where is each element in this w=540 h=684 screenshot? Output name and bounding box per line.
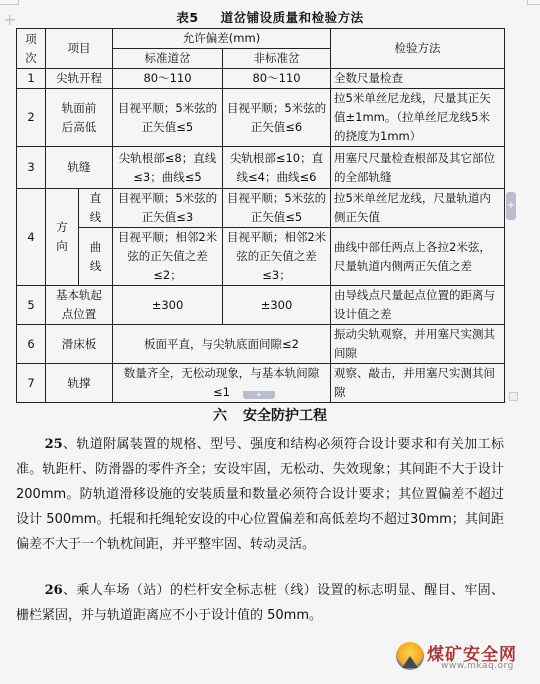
cell-standard: 目视平顺；相邻2米弦的正矢值之差≤2； — [113, 228, 223, 286]
table-row: 3 轨缝 尖轨根部≤8；直线≤3；曲线≤5 尖轨根部≤10；直线≤4；曲线≤6 … — [17, 147, 505, 189]
table-row: 1 尖轨开程 80～110 80～110 全数尺量检查 — [17, 69, 505, 89]
watermark-url: www.mkaq.org — [441, 661, 514, 671]
cell-standard: 目视平顺；5米弦的正矢值≤5 — [113, 89, 223, 147]
section-title: 安全防护工程 — [243, 408, 327, 424]
cell-merged-tolerance: 数量齐全，无松动现象，与基本轨间隙≤1 — [113, 364, 331, 403]
table-row: 5 基本轨起点位置 ±300 ±300 由导线点尺量起点位置的距离与设计值之差 — [17, 286, 505, 325]
insert-row-handle-icon[interactable]: + — [243, 391, 275, 399]
paragraph-25: 25、轨道附属装置的规格、型号、强度和结构必须符合设计要求和有关加工标准。轨距杆… — [16, 432, 504, 557]
page-corner-mark-right — [527, 0, 540, 5]
section-number: 六 — [213, 408, 227, 424]
cell-item: 基本轨起点位置 — [46, 286, 113, 325]
cell-item: 滑床板 — [46, 325, 113, 364]
cell-nonstandard: 尖轨根部≤10；直线≤4；曲线≤6 — [223, 147, 331, 189]
cell-standard: 80～110 — [113, 69, 223, 89]
cell-method: 观察、敲击，并用塞尺实测其间隙 — [331, 364, 505, 403]
table-row: 6 滑床板 板面平直，与尖轨底面间隙≤2 振动尖轨观察，并用塞尺实测其间隙 — [17, 325, 505, 364]
cell-nonstandard: 目视平顺；相邻2米弦的正矢值之差≤3； — [223, 228, 331, 286]
cell-nonstandard: 目视平顺；5米弦的正矢值≤6 — [223, 89, 331, 147]
cell-method: 由导线点尺量起点位置的距离与设计值之差 — [331, 286, 505, 325]
table-caption-number: 表5 — [176, 10, 198, 25]
paragraph-text: 、轨道附属装置的规格、型号、强度和结构必须符合设计要求和有关加工标准。轨距杆、防… — [16, 437, 504, 552]
site-watermark: 煤矿安全网 www.mkaq.org — [396, 640, 526, 676]
table-header-row: 项次 项目 允许偏差(mm) 检验方法 — [17, 29, 505, 49]
cell-method: 拉5米单丝尼龙线，尺量其正矢值±1mm。（拉单丝尼龙线5米的挠度为1mm） — [331, 89, 505, 147]
cell-standard: 目视平顺；5米弦的正矢值≤3 — [113, 189, 223, 228]
paragraph-text: 、乘人车场（站）的栏杆安全标志桩（线）设置的标志明显、醒目、牢固、栅栏紧固，并与… — [16, 583, 504, 623]
header-method: 检验方法 — [331, 29, 505, 69]
cell-method: 全数尺量检查 — [331, 69, 505, 89]
cell-item: 方向 — [46, 189, 79, 286]
cell-item: 尖轨开程 — [46, 69, 113, 89]
cell-nonstandard: ±300 — [223, 286, 331, 325]
cell-subitem: 曲线 — [79, 228, 113, 286]
cell-method: 振动尖轨观察，并用塞尺实测其间隙 — [331, 325, 505, 364]
cell-method: 曲线中部任两点上各拉2米弦，尺量轨道内侧两正矢值之差 — [331, 228, 505, 286]
header-index: 项次 — [17, 29, 46, 69]
cell-index: 7 — [17, 364, 46, 403]
table-row: 2 轨面前后高低 目视平顺；5米弦的正矢值≤5 目视平顺；5米弦的正矢值≤6 拉… — [17, 89, 505, 147]
cell-nonstandard: 80～110 — [223, 69, 331, 89]
table-row: 曲线 目视平顺；相邻2米弦的正矢值之差≤2； 目视平顺；相邻2米弦的正矢值之差≤… — [17, 228, 505, 286]
paragraph-number: 25 — [45, 437, 63, 452]
cell-item: 轨面前后高低 — [46, 89, 113, 147]
cell-method: 用塞尺尺量检查根部及其它部位的全部轨缝 — [331, 147, 505, 189]
cell-index: 3 — [17, 147, 46, 189]
header-standard: 标准道岔 — [113, 49, 223, 69]
cell-nonstandard: 目视平顺；5米弦的正矢值≤5 — [223, 189, 331, 228]
cell-standard: 尖轨根部≤8；直线≤3；曲线≤5 — [113, 147, 223, 189]
section-heading: 六安全防护工程 — [0, 405, 540, 425]
cell-standard: ±300 — [113, 286, 223, 325]
mountain-logo-icon — [396, 642, 424, 670]
paragraph-26: 26、乘人车场（站）的栏杆安全标志桩（线）设置的标志明显、醒目、牢固、栅栏紧固，… — [16, 578, 504, 628]
cell-item: 轨缝 — [46, 147, 113, 189]
cell-index: 5 — [17, 286, 46, 325]
page-corner-mark-left — [0, 0, 19, 5]
table-caption-title: 道岔铺设质量和检验方法 — [221, 10, 364, 25]
header-nonstandard: 非标准岔 — [223, 49, 331, 69]
table-resize-handle[interactable] — [509, 392, 518, 401]
cell-index: 1 — [17, 69, 46, 89]
cell-index: 4 — [17, 189, 46, 286]
turnout-quality-table: 项次 项目 允许偏差(mm) 检验方法 标准道岔 非标准岔 1 尖轨开程 80～… — [16, 28, 505, 403]
insert-column-handle-icon[interactable]: + — [506, 192, 516, 220]
table-row: 4 方向 直线 目视平顺；5米弦的正矢值≤3 目视平顺；5米弦的正矢值≤5 拉5… — [17, 189, 505, 228]
cell-merged-tolerance: 板面平直，与尖轨底面间隙≤2 — [113, 325, 331, 364]
header-tolerance: 允许偏差(mm) — [113, 29, 331, 49]
paragraph-number: 26 — [45, 583, 63, 598]
table-caption: 表5道岔铺设质量和检验方法 — [0, 8, 540, 26]
cell-subitem: 直线 — [79, 189, 113, 228]
cell-index: 2 — [17, 89, 46, 147]
cell-item: 轨撑 — [46, 364, 113, 403]
cell-index: 6 — [17, 325, 46, 364]
cell-method: 拉5米单丝尼龙线，尺量轨道内侧正矢值 — [331, 189, 505, 228]
header-item: 项目 — [46, 29, 113, 69]
